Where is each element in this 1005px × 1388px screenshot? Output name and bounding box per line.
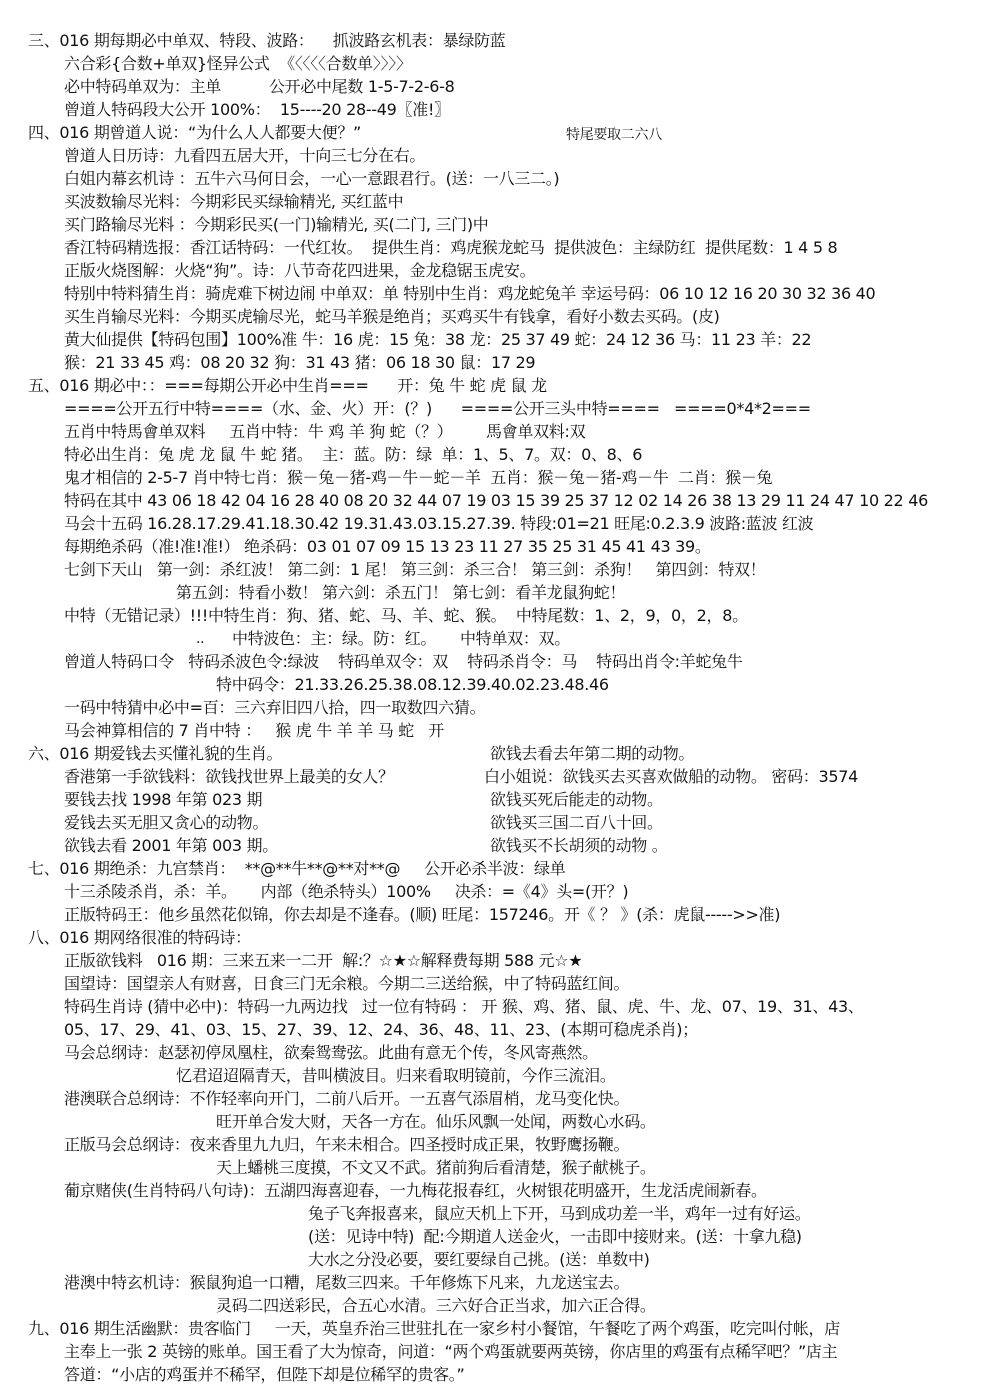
section-8-line: 正版欲钱料 016 期：三来五来一二开 解:？☆★☆解释费每期 588 元☆★ [64,950,582,972]
section-8-line: (送：见诗中特) 配:今期道人送金火，一击即中接财来。(送：十拿九稳) [308,1226,802,1248]
section-3-heading: 三、016 期每期必中单双、特段、波路： 抓波路玄机表：暴绿防蓝 [28,30,505,52]
section-6-line: 香港第一手欲钱料：欲钱找世界上最美的女人？ [64,766,394,788]
section-5-line: 七剑下天山 第一剑：杀红波！ 第二剑：1 尾！ 第三剑：杀三合！ 第三剑：杀狗！… [64,559,765,581]
section-6-heading: 六、016 期爱钱去买懂礼貌的生肖。 [28,743,282,765]
section-6-line: 要钱去找 1998 年第 023 期 [64,789,262,811]
section-8-line: 马会总纲诗：赵瑟初停凤凰柱，欲秦鸳鸯弦。此曲有意无个传，冬风寄燕然。 [64,1042,598,1064]
section-7-line: 十三杀陵杀肖，杀：羊。 内部（绝杀特头）100% 决杀：=《4》头=(开？) [64,881,628,903]
section-8-line: 忆君迢迢隔青天，昔叫横波目。归来看取明镜前，今作三流泪。 [176,1065,616,1087]
section-5-line: 马会神算相信的 7 肖中特 ： 猴 虎 牛 羊 羊 马 蛇 开 [64,720,444,742]
section-5-line: 特必出生肖：兔 虎 龙 鼠 牛 蛇 猪。 主：蓝。防：绿 单：1、5、7。双：0… [64,444,642,466]
section-5-line: 中特（无错记录）!!!中特生肖：狗、猪、蛇、马、羊、蛇、猴。 中特尾数：1、2，… [64,605,748,627]
section-4-line: 白姐内幕玄机诗 ：五牛六马何日会，一心一意跟君行。(送：一八三二。) [64,168,559,190]
section-5-dots: .. [196,628,204,650]
document-page: 三、016 期每期必中单双、特段、波路： 抓波路玄机表：暴绿防蓝 六合彩{合数+… [0,0,1005,1388]
section-4-line: 买生肖输尽光料：今期买虎输尽光，蛇马羊猴是绝肖；买鸡买牛有钱拿，看好小数去买码。… [64,306,720,328]
section-6-right: 白小姐说：欲钱买去买喜欢做船的动物。 密码：3574 [484,766,858,788]
section-8-line: 港澳中特玄机诗：猴鼠狗追一口糟，尾数三四来。千年修炼下凡来，九龙送宝去。 [64,1272,629,1294]
section-8-line: 兔子飞奔报喜来，鼠应天机上下开，马到成功差一半，鸡年一过有好运。 [308,1203,810,1225]
section-4-line: 猴：21 33 45 鸡：08 20 32 狗：31 43 猪：06 18 30… [64,352,535,374]
section-8-line: 大水之分没必要，要红要绿自己挑。(送：单数中) [308,1249,650,1271]
section-9-line: 答道：“小店的鸡蛋并不稀罕，但陛下却是位稀罕的贵客。” [64,1364,464,1386]
section-8-line: 葡京赌侠(生肖特码八句诗)：五湖四海喜迎春，一九梅花报春红，火树银花明盛开，生龙… [64,1180,767,1202]
section-5-line: 特码在其中 43 06 18 42 04 16 28 40 08 20 32 4… [64,490,928,512]
section-8-line: 天上蟠桃三度摸，不文又不武。猪前狗后看清楚，猴子献桃子。 [216,1157,656,1179]
section-6-right: 欲钱买不长胡须的动物 。 [490,835,668,857]
section-6-right: 欲钱买三国二百八十回。 [490,812,663,834]
section-4-heading: 四、016 期曾道人说：“为什么人人都要大便？” [28,122,361,144]
section-4-line: 黄大仙提供【特码包围】100%准 牛：16 虎：15 兔：38 龙：25 37 … [64,329,811,351]
section-4-side-note: 特尾要取二六八 [566,124,662,146]
section-4-line: 特别中特料猜生肖：骑虎难下树边闹 中单双：单 特别中生肖：鸡龙蛇兔羊 幸运号码：… [64,283,875,305]
section-4-line: 正版火烧图解：火烧“狗”。诗：八节奇花四进果，金龙稳锯玉虎安。 [64,260,535,282]
section-5-line: 五肖中特馬會单双料 五肖中特：牛 鸡 羊 狗 蛇（？） 馬會单双料:双 [64,421,585,443]
section-7-heading: 七、016 期绝杀：九宫禁肖： **@**牛**@**对**@ 公开必杀半波：绿… [28,858,565,880]
section-5-line: 马会十五码 16.28.17.29.41.18.30.42 19.31.43.0… [64,513,813,535]
section-5-line: 每期绝杀码（准!准!准!） 绝杀码：03 01 07 09 15 13 23 1… [64,536,711,558]
section-3-line: 六合彩{合数+单双}怪异公式 《〈〈〈〈合数单〉〉〉〉 [64,53,412,75]
section-4-line: 买波数输尽光料：今期彩民买绿输精光, 买红蓝中 [64,191,403,213]
section-5-line: 中特波色：主：绿。防：红。 中特单双：双。 [232,628,570,650]
section-6-right: 欲钱买死后能走的动物。 [490,789,663,811]
section-8-heading: 八、016 期网络很准的特码诗： [28,927,251,949]
section-8-line: 正版马会总纲诗：夜来香里九九归，午来未相合。四圣授时成正果，牧野鹰扬鞭。 [64,1134,629,1156]
section-8-line: 国望诗：国望亲人有财喜，日食三门无余粮。今期二三送给猴，中了特码蓝红间。 [64,973,629,995]
section-5-line: ====公开五行中特====（水、金、火）开：(？) ====公开三头中特===… [64,398,811,420]
section-8-line: 05、17、29、41、03、15、27、39、12、24、36、48、11、2… [64,1019,698,1041]
section-8-line: 港澳联合总纲诗：不作轻率向开门，二前八后开。一五喜气添眉梢，龙马变化快。 [64,1088,629,1110]
section-8-line: 特码生肖诗 (猜中必中)：特码一九两边找 过一位有特码 ： 开 猴、鸡、猪、鼠、… [64,996,864,1018]
section-3-line: 必中特码单双为：主单 公开必中尾数 1-5-7-2-6-8 [64,76,455,98]
section-7-line: 正版特码王：他乡虽然花似锦，你去却是不逢春。(顺) 旺尾：157246。开《 ？… [64,904,780,926]
section-5-line: 一码中特猜中必中=百：三六弃旧四八拾，四一取数四六猜。 [64,697,485,719]
section-9-line: 主奉上一张 2 英镑的账单。国王看了大为惊奇，问道：“两个鸡蛋就要两英镑，你店里… [64,1341,837,1363]
section-5-line: 曾道人特码口令 特码杀波色令:绿波 特码单双令：双 特码杀肖令：马 特码出肖令:… [64,651,743,673]
section-4-line: 买门路输尽光料 ：今期彩民买(一门)输精光, 买(二门, 三门)中 [64,214,489,236]
section-8-line: 旺开单合发大财，天各一方在。仙乐风飘一处闻，两数心水码。 [216,1111,656,1133]
section-4-line: 香江特码精选报：香江话特码：一代红妆。 提供生肖：鸡虎猴龙蛇马 提供波色：主绿防… [64,237,837,259]
section-8-line: 灵码二四送彩民，合五心水清。三六好合正当求，加六正合得。 [216,1295,656,1317]
section-9-heading: 九、016 期生活幽默：贵客临门 一天，英皇乔治三世驻扎在一家乡村小餐馆，午餐吃… [28,1318,840,1340]
section-5-line: 第五剑：特看小数！ 第六剑：杀五门！ 第七剑：看羊龙鼠狗蛇！ [176,582,625,604]
section-4-line: 曾道人日历诗：九看四五居大开，十向三七分在右。 [64,145,425,167]
section-3-line: 曾道人特码段大公开 100%： 15----20 28--49〖准!〗 [64,99,450,121]
section-6-line: 欲钱去看 2001 年第 003 期。 [64,835,278,857]
section-6-line: 爱钱去买无胆又贪心的动物。 [64,812,268,834]
section-5-line: 特中码令：21.33.26.25.38.08.12.39.40.02.23.48… [216,674,609,696]
section-5-heading: 五、016 期必中：：===每期公开必中生肖=== 开：兔 牛 蛇 虎 鼠 龙 [28,375,547,397]
section-6-right: 欲钱去看去年第二期的动物。 [490,743,694,765]
section-5-line: 鬼才相信的 2-5-7 肖中特七肖：猴－兔－猪-鸡－牛－蛇－羊 五肖：猴－兔－猪… [64,467,772,489]
